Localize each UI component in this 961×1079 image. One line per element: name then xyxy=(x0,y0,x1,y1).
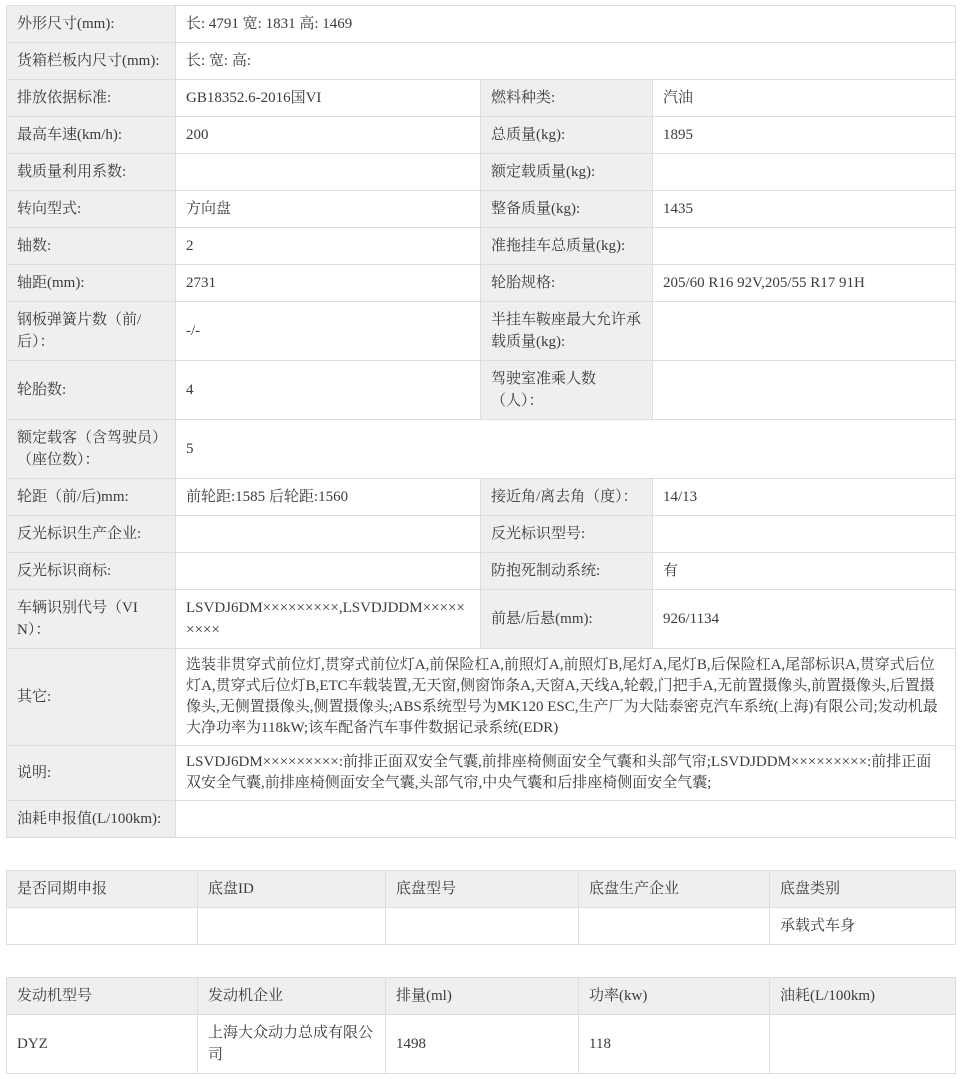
spec-row: 说明: LSVDJ6DM×××××××××:前排正面双安全气囊,前排座椅侧面安全… xyxy=(7,746,956,801)
spec-row: 轮胎数: 4 驾驶室准乘人数（人）： xyxy=(7,361,956,420)
spec-label: 其它: xyxy=(7,649,176,746)
spec-label: 反光标识商标: xyxy=(7,553,176,590)
spec-value xyxy=(653,361,956,420)
engine-cell: DYZ xyxy=(7,1015,198,1074)
spec-label: 转向型式: xyxy=(7,191,176,228)
spec-value: 方向盘 xyxy=(176,191,481,228)
spec-label: 钢板弹簧片数（前/后）： xyxy=(7,302,176,361)
chassis-header-row: 是否同期申报 底盘ID 底盘型号 底盘生产企业 底盘类别 xyxy=(7,871,956,908)
spec-value: 选装非贯穿式前位灯,贯穿式前位灯A,前保险杠A,前照灯A,前照灯B,尾灯A,尾灯… xyxy=(176,649,956,746)
spec-value xyxy=(176,516,481,553)
spec-row: 外形尺寸(mm): 长: 4791 宽: 1831 高: 1469 xyxy=(7,6,956,43)
spec-value xyxy=(176,553,481,590)
spec-label: 防抱死制动系统: xyxy=(481,553,653,590)
spec-value xyxy=(176,154,481,191)
spec-label: 最高车速(km/h): xyxy=(7,117,176,154)
spec-row: 钢板弹簧片数（前/后）： -/- 半挂车鞍座最大允许承载质量(kg): xyxy=(7,302,956,361)
spec-value xyxy=(653,228,956,265)
engine-header-cell: 功率(kw) xyxy=(579,978,770,1015)
spec-label: 额定载客（含驾驶员）（座位数）： xyxy=(7,420,176,479)
chassis-cell: 承载式车身 xyxy=(770,908,956,945)
spec-label: 说明: xyxy=(7,746,176,801)
chassis-header-cell: 底盘型号 xyxy=(386,871,579,908)
spec-row: 反光标识生产企业: 反光标识型号: xyxy=(7,516,956,553)
spec-row: 车辆识别代号（VIN）： LSVDJ6DM×××××××××,LSVDJDDM×… xyxy=(7,590,956,649)
spec-row: 排放依据标准: GB18352.6-2016国VI 燃料种类: 汽油 xyxy=(7,80,956,117)
spec-label: 轮胎规格: xyxy=(481,265,653,302)
spec-value: 200 xyxy=(176,117,481,154)
spec-label: 轮胎数: xyxy=(7,361,176,420)
engine-cell xyxy=(770,1015,956,1074)
spec-label: 总质量(kg): xyxy=(481,117,653,154)
spec-value: GB18352.6-2016国VI xyxy=(176,80,481,117)
spec-value: 汽油 xyxy=(653,80,956,117)
spec-label: 油耗申报值(L/100km): xyxy=(7,801,176,838)
spec-value: 205/60 R16 92V,205/55 R17 91H xyxy=(653,265,956,302)
engine-data-row: DYZ 上海大众动力总成有限公司 1498 118 xyxy=(7,1015,956,1074)
spec-label: 外形尺寸(mm): xyxy=(7,6,176,43)
spec-row: 油耗申报值(L/100km): xyxy=(7,801,956,838)
spec-label: 前悬/后悬(mm): xyxy=(481,590,653,649)
spec-value: -/- xyxy=(176,302,481,361)
chassis-cell xyxy=(386,908,579,945)
spec-value xyxy=(653,516,956,553)
chassis-header-cell: 底盘生产企业 xyxy=(579,871,770,908)
spec-value: 5 xyxy=(176,420,956,479)
spec-label: 轴距(mm): xyxy=(7,265,176,302)
spec-value: 长: 宽: 高: xyxy=(176,43,956,80)
chassis-cell xyxy=(7,908,198,945)
spec-label: 载质量利用系数: xyxy=(7,154,176,191)
spec-value: 4 xyxy=(176,361,481,420)
spec-row: 轮距（前/后)mm: 前轮距:1585 后轮距:1560 接近角/离去角（度）：… xyxy=(7,479,956,516)
spec-value xyxy=(176,801,956,838)
spec-label: 整备质量(kg): xyxy=(481,191,653,228)
spec-label: 排放依据标准: xyxy=(7,80,176,117)
spec-value: 14/13 xyxy=(653,479,956,516)
spec-label: 轴数: xyxy=(7,228,176,265)
spec-label: 接近角/离去角（度）： xyxy=(481,479,653,516)
spec-label: 驾驶室准乘人数（人）： xyxy=(481,361,653,420)
spec-row: 货箱栏板内尺寸(mm): 长: 宽: 高: xyxy=(7,43,956,80)
spec-label: 货箱栏板内尺寸(mm): xyxy=(7,43,176,80)
chassis-cell xyxy=(579,908,770,945)
spec-row: 转向型式: 方向盘 整备质量(kg): 1435 xyxy=(7,191,956,228)
spec-value xyxy=(653,302,956,361)
spec-row: 额定载客（含驾驶员）（座位数）： 5 xyxy=(7,420,956,479)
chassis-header-cell: 底盘ID xyxy=(198,871,386,908)
engine-header-cell: 发动机企业 xyxy=(198,978,386,1015)
spec-label: 准拖挂车总质量(kg): xyxy=(481,228,653,265)
spec-value: 926/1134 xyxy=(653,590,956,649)
engine-header-cell: 排量(ml) xyxy=(386,978,579,1015)
spec-value: 1435 xyxy=(653,191,956,228)
spec-label: 车辆识别代号（VIN）： xyxy=(7,590,176,649)
spec-row: 轴距(mm): 2731 轮胎规格: 205/60 R16 92V,205/55… xyxy=(7,265,956,302)
spec-value: 2731 xyxy=(176,265,481,302)
chassis-table: 是否同期申报 底盘ID 底盘型号 底盘生产企业 底盘类别 承载式车身 xyxy=(6,870,956,945)
engine-header-cell: 油耗(L/100km) xyxy=(770,978,956,1015)
spec-value xyxy=(653,154,956,191)
spec-value: 有 xyxy=(653,553,956,590)
spec-label: 反光标识生产企业: xyxy=(7,516,176,553)
engine-cell: 118 xyxy=(579,1015,770,1074)
spec-label: 燃料种类: xyxy=(481,80,653,117)
spec-row: 载质量利用系数: 额定载质量(kg): xyxy=(7,154,956,191)
spec-value: LSVDJ6DM×××××××××:前排正面双安全气囊,前排座椅侧面安全气囊和头… xyxy=(176,746,956,801)
spec-row: 最高车速(km/h): 200 总质量(kg): 1895 xyxy=(7,117,956,154)
spec-label: 额定载质量(kg): xyxy=(481,154,653,191)
spec-value: LSVDJ6DM×××××××××,LSVDJDDM××××××××× xyxy=(176,590,481,649)
chassis-header-cell: 底盘类别 xyxy=(770,871,956,908)
spec-value: 1895 xyxy=(653,117,956,154)
spec-value: 2 xyxy=(176,228,481,265)
chassis-data-row: 承载式车身 xyxy=(7,908,956,945)
spec-label: 反光标识型号: xyxy=(481,516,653,553)
engine-table: 发动机型号 发动机企业 排量(ml) 功率(kw) 油耗(L/100km) DY… xyxy=(6,977,956,1074)
engine-cell: 上海大众动力总成有限公司 xyxy=(198,1015,386,1074)
spec-row: 其它: 选装非贯穿式前位灯,贯穿式前位灯A,前保险杠A,前照灯A,前照灯B,尾灯… xyxy=(7,649,956,746)
engine-header-cell: 发动机型号 xyxy=(7,978,198,1015)
spec-value: 长: 4791 宽: 1831 高: 1469 xyxy=(176,6,956,43)
spec-row: 反光标识商标: 防抱死制动系统: 有 xyxy=(7,553,956,590)
spec-label: 半挂车鞍座最大允许承载质量(kg): xyxy=(481,302,653,361)
engine-cell: 1498 xyxy=(386,1015,579,1074)
vehicle-spec-table: 外形尺寸(mm): 长: 4791 宽: 1831 高: 1469 货箱栏板内尺… xyxy=(6,5,956,838)
chassis-header-cell: 是否同期申报 xyxy=(7,871,198,908)
spec-value: 前轮距:1585 后轮距:1560 xyxy=(176,479,481,516)
spec-label: 轮距（前/后)mm: xyxy=(7,479,176,516)
spec-row: 轴数: 2 准拖挂车总质量(kg): xyxy=(7,228,956,265)
engine-header-row: 发动机型号 发动机企业 排量(ml) 功率(kw) 油耗(L/100km) xyxy=(7,978,956,1015)
chassis-cell xyxy=(198,908,386,945)
